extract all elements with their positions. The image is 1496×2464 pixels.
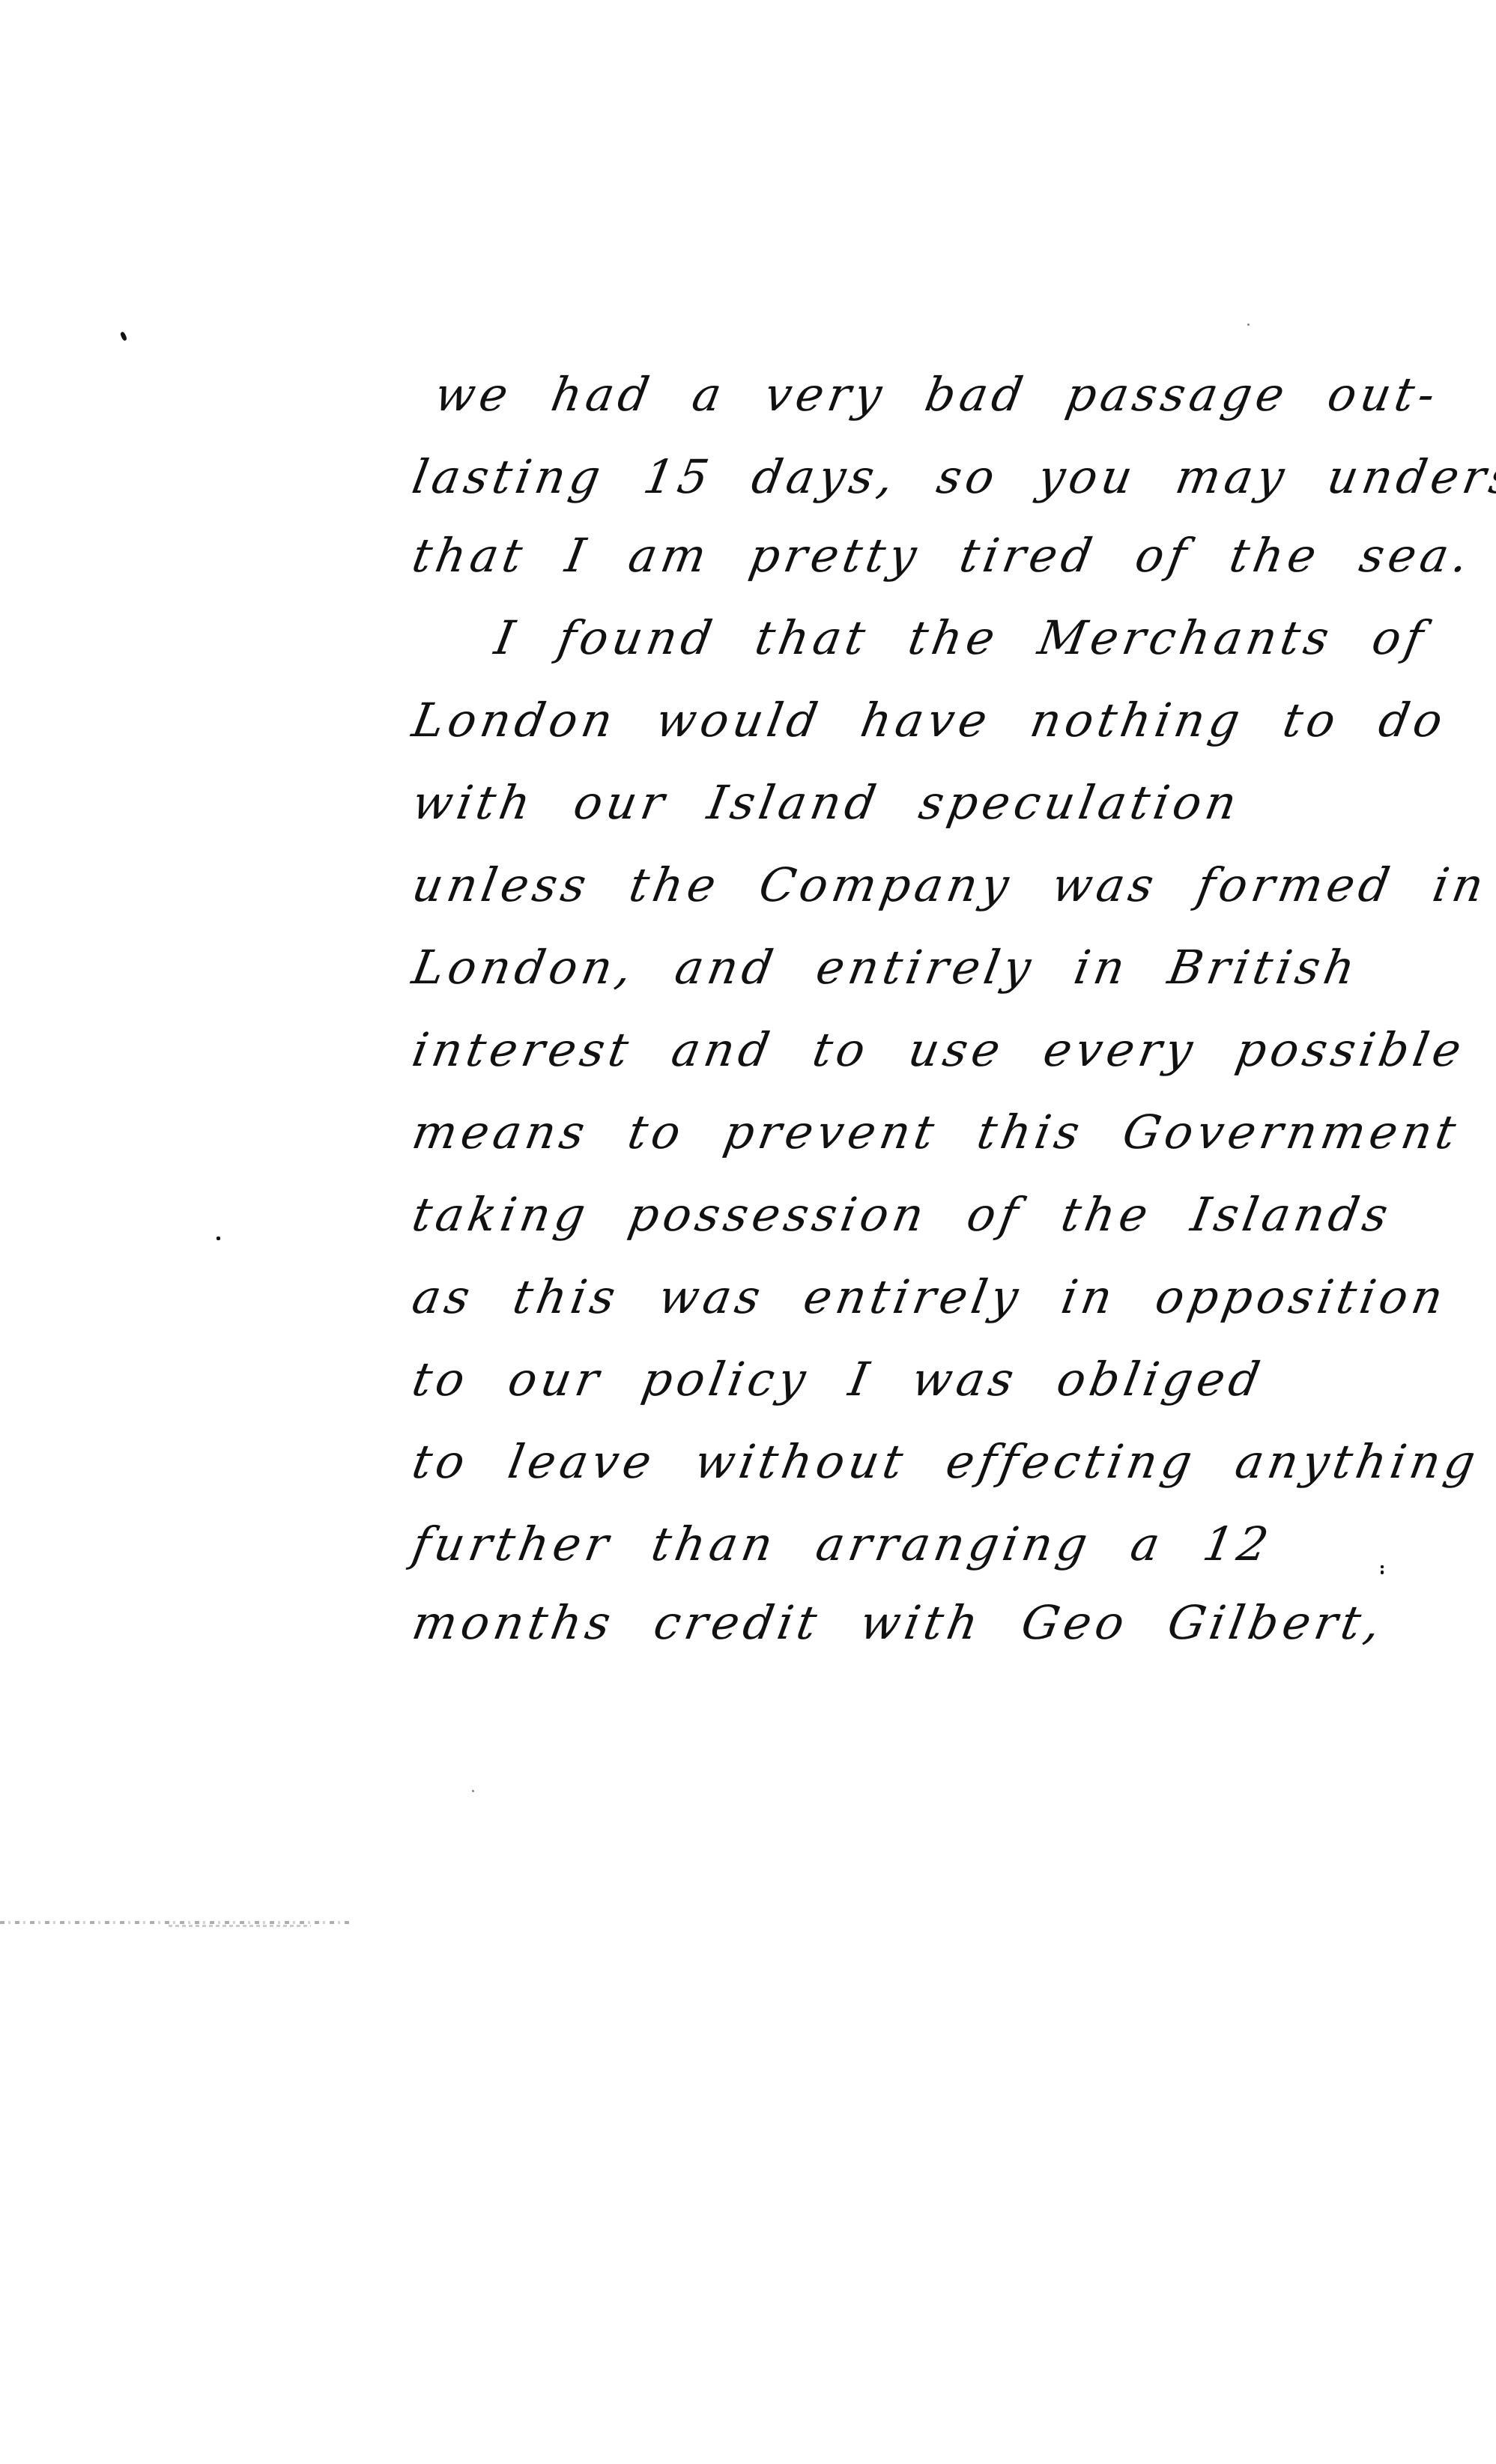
letter-line: months credit with Geo Gilbert,: [408, 1595, 1389, 1650]
letter-line: unless the Company was formed in: [408, 858, 1492, 912]
letter-line: with our Island speculation: [408, 775, 1245, 830]
letter-line: to our policy I was obliged: [408, 1352, 1268, 1407]
scan-speck-right-upper: [1381, 1565, 1384, 1568]
scan-speck-right-lower: [1381, 1571, 1384, 1574]
letter-line: to leave without effecting anything: [408, 1434, 1484, 1489]
letter-line: I found that the Merchants of: [491, 610, 1432, 665]
letter-line: interest and to use every possible: [408, 1022, 1470, 1077]
letter-line: London, and entirely in British: [408, 940, 1363, 995]
scan-artifact-line-secondary: [169, 1925, 311, 1927]
letter-line: means to prevent this Government: [408, 1105, 1465, 1159]
letter-line: further than arranging a 12: [408, 1517, 1277, 1571]
letter-line: as this was entirely in opposition: [408, 1269, 1452, 1324]
scan-speck-top: [1247, 324, 1250, 326]
letter-line: lasting 15 days, so you may understand: [408, 449, 1496, 504]
scan-speck-bottom: [472, 1790, 474, 1792]
letter-line: London would have nothing to do: [408, 693, 1451, 747]
letter-line: that I am pretty tired of the sea.: [408, 528, 1477, 583]
letter-line: we had a very bad passage out-: [431, 367, 1444, 422]
scan-artifact-line: [0, 1921, 352, 1924]
scan-speck-left-middle: [216, 1236, 220, 1240]
scan-speck-top-left: [120, 331, 128, 341]
letter-line: taking possession of the Islands: [408, 1187, 1396, 1242]
document-page: we had a very bad passage out- lasting 1…: [0, 0, 1496, 2464]
